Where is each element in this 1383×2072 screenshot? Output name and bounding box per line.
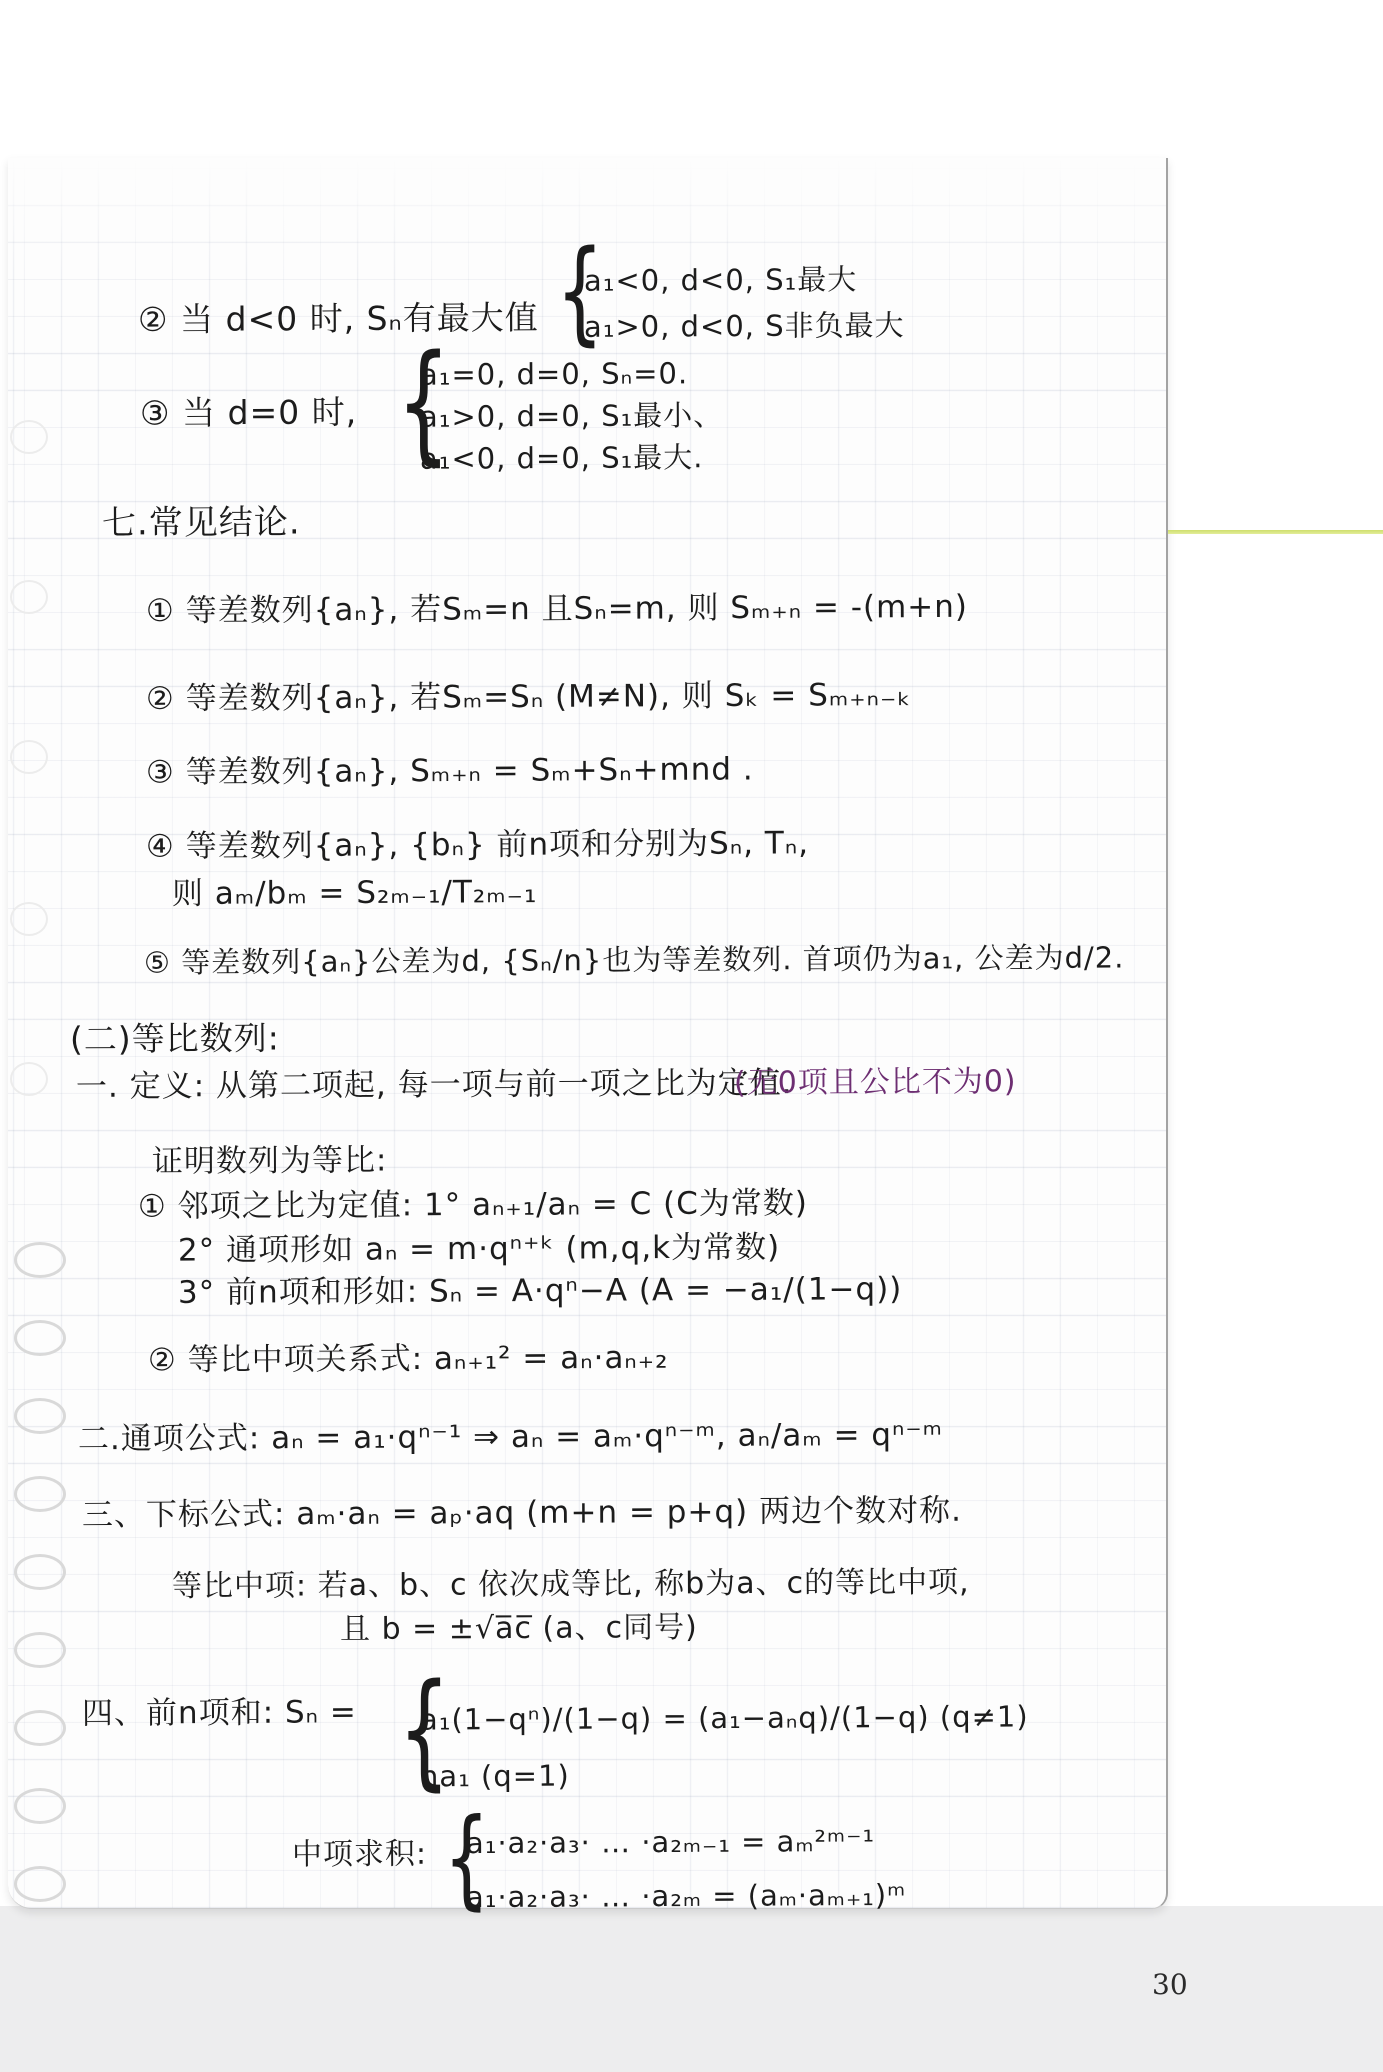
arith-conclusion-5: ⑤ 等差数列{aₙ}公差为d, {Sₙ/n}也为等差数列. 首项仍为a₁, 公差… (144, 939, 1125, 980)
arith-case-d-zero-case1: a₁=0, d=0, Sₙ=0. (420, 355, 688, 393)
arith-common-conclusions-title: 七.常见结论. (102, 501, 301, 545)
binder-hole (14, 1788, 66, 1824)
arith-case-d-negative-case1: a₁<0, d<0, S₁最大 (584, 261, 857, 299)
binder-hole (14, 1866, 66, 1902)
geom-prove-title: 证明数列为等比: (152, 1141, 388, 1181)
geom-section-title: (二)等比数列: (70, 1017, 280, 1059)
binder-hole (10, 1062, 48, 1096)
arith-case-d-negative-label: ② 当 d<0 时, Sₙ有最大值 (138, 297, 539, 340)
geom-sum-label: 四、前n项和: Sₙ = (82, 1693, 357, 1733)
geom-prove-item-2: 2° 通项形如 aₙ = m·qⁿ⁺ᵏ (m,q,k为常数) (178, 1228, 780, 1270)
geom-sum-case-qeq1: na₁ (q=1) (420, 1758, 570, 1795)
geom-general-formula: 二.通项公式: aₙ = a₁·qⁿ⁻¹ ⇒ aₙ = aₘ·qⁿ⁻ᵐ, aₙ/… (78, 1416, 943, 1459)
geom-sum-case-qne1: a₁(1−qⁿ)/(1−q) = (a₁−aₙq)/(1−q) (q≠1) (420, 1698, 1029, 1737)
geom-mean-formula: 且 b = ±√a̅c̅ (a、c同号) (340, 1609, 698, 1648)
page-number: 30 (1152, 1968, 1188, 2001)
binder-hole (14, 1242, 66, 1278)
binder-hole (14, 1476, 66, 1512)
geom-prove-item-3: 3° 前n项和形如: Sₙ = A·qⁿ−A (A = −a₁/(1−q)) (178, 1270, 903, 1313)
geom-index-formula: 三、下标公式: aₘ·aₙ = aₚ·aq (m+n = p+q) 两边个数对称… (82, 1492, 962, 1535)
arith-case-d-zero-case2: a₁>0, d=0, S₁最小、 (420, 397, 723, 435)
arith-case-d-zero-case3: a₁<0, d=0, S₁最大. (420, 439, 704, 477)
arith-conclusion-1: ① 等差数列{aₙ}, 若Sₘ=n 且Sₙ=m, 则 Sₘ₊ₙ = -(m+n) (146, 588, 968, 631)
geom-product-odd: a₁·a₂·a₃· … ·a₂ₘ₋₁ = aₘ²ᵐ⁻¹ (466, 1823, 875, 1861)
arith-case-d-zero-label: ③ 当 d=0 时, (140, 391, 357, 433)
scanned-notebook-page: ② 当 d<0 时, Sₙ有最大值 a₁<0, d<0, S₁最大 a₁>0, … (0, 0, 1383, 2072)
binder-hole (10, 420, 48, 454)
binder-hole (10, 580, 48, 614)
arith-conclusion-4-ratio: 则 aₘ/bₘ = S₂ₘ₋₁/T₂ₘ₋₁ (172, 873, 538, 914)
geom-product-label: 中项求积: (292, 1836, 427, 1874)
geom-prove-item-1: ① 邻项之比为定值: 1° aₙ₊₁/aₙ = C (C为常数) (138, 1184, 808, 1226)
binder-hole (14, 1398, 66, 1434)
binder-hole (14, 1554, 66, 1590)
arith-conclusion-2: ② 等差数列{aₙ}, 若Sₘ=Sₙ (M≠N), 则 Sₖ = Sₘ₊ₙ₋ₖ (146, 676, 912, 719)
arith-case-d-negative-case2: a₁>0, d<0, S非负最大 (584, 307, 905, 345)
geom-mean-definition: 等比中项: 若a、b、c 依次成等比, 称b为a、c的等比中项, (172, 1564, 970, 1606)
binder-hole (14, 1632, 66, 1668)
geom-mid-term-relation: ② 等比中项关系式: aₙ₊₁² = aₙ·aₙ₊₂ (148, 1339, 669, 1380)
binder-hole (14, 1710, 66, 1746)
arith-conclusion-3: ③ 等差数列{aₙ}, Sₘ₊ₙ = Sₘ+Sₙ+mnd . (146, 750, 754, 792)
binder-hole (14, 1320, 66, 1356)
binder-hole (10, 740, 48, 774)
arith-conclusion-4: ④ 等差数列{aₙ}, {bₙ} 前n项和分别为Sₙ, Tₙ, (146, 824, 809, 866)
yellow-margin-rule (1168, 530, 1383, 534)
binder-hole (10, 902, 48, 936)
geom-product-even: a₁·a₂·a₃· … ·a₂ₘ = (aₘ·aₘ₊₁)ᵐ (466, 1877, 906, 1916)
geom-definition: 一. 定义: 从第二项起, 每一项与前一项之比为定值. (76, 1064, 793, 1107)
geom-definition-note: (无0项且公比不为0) (734, 1063, 1017, 1102)
